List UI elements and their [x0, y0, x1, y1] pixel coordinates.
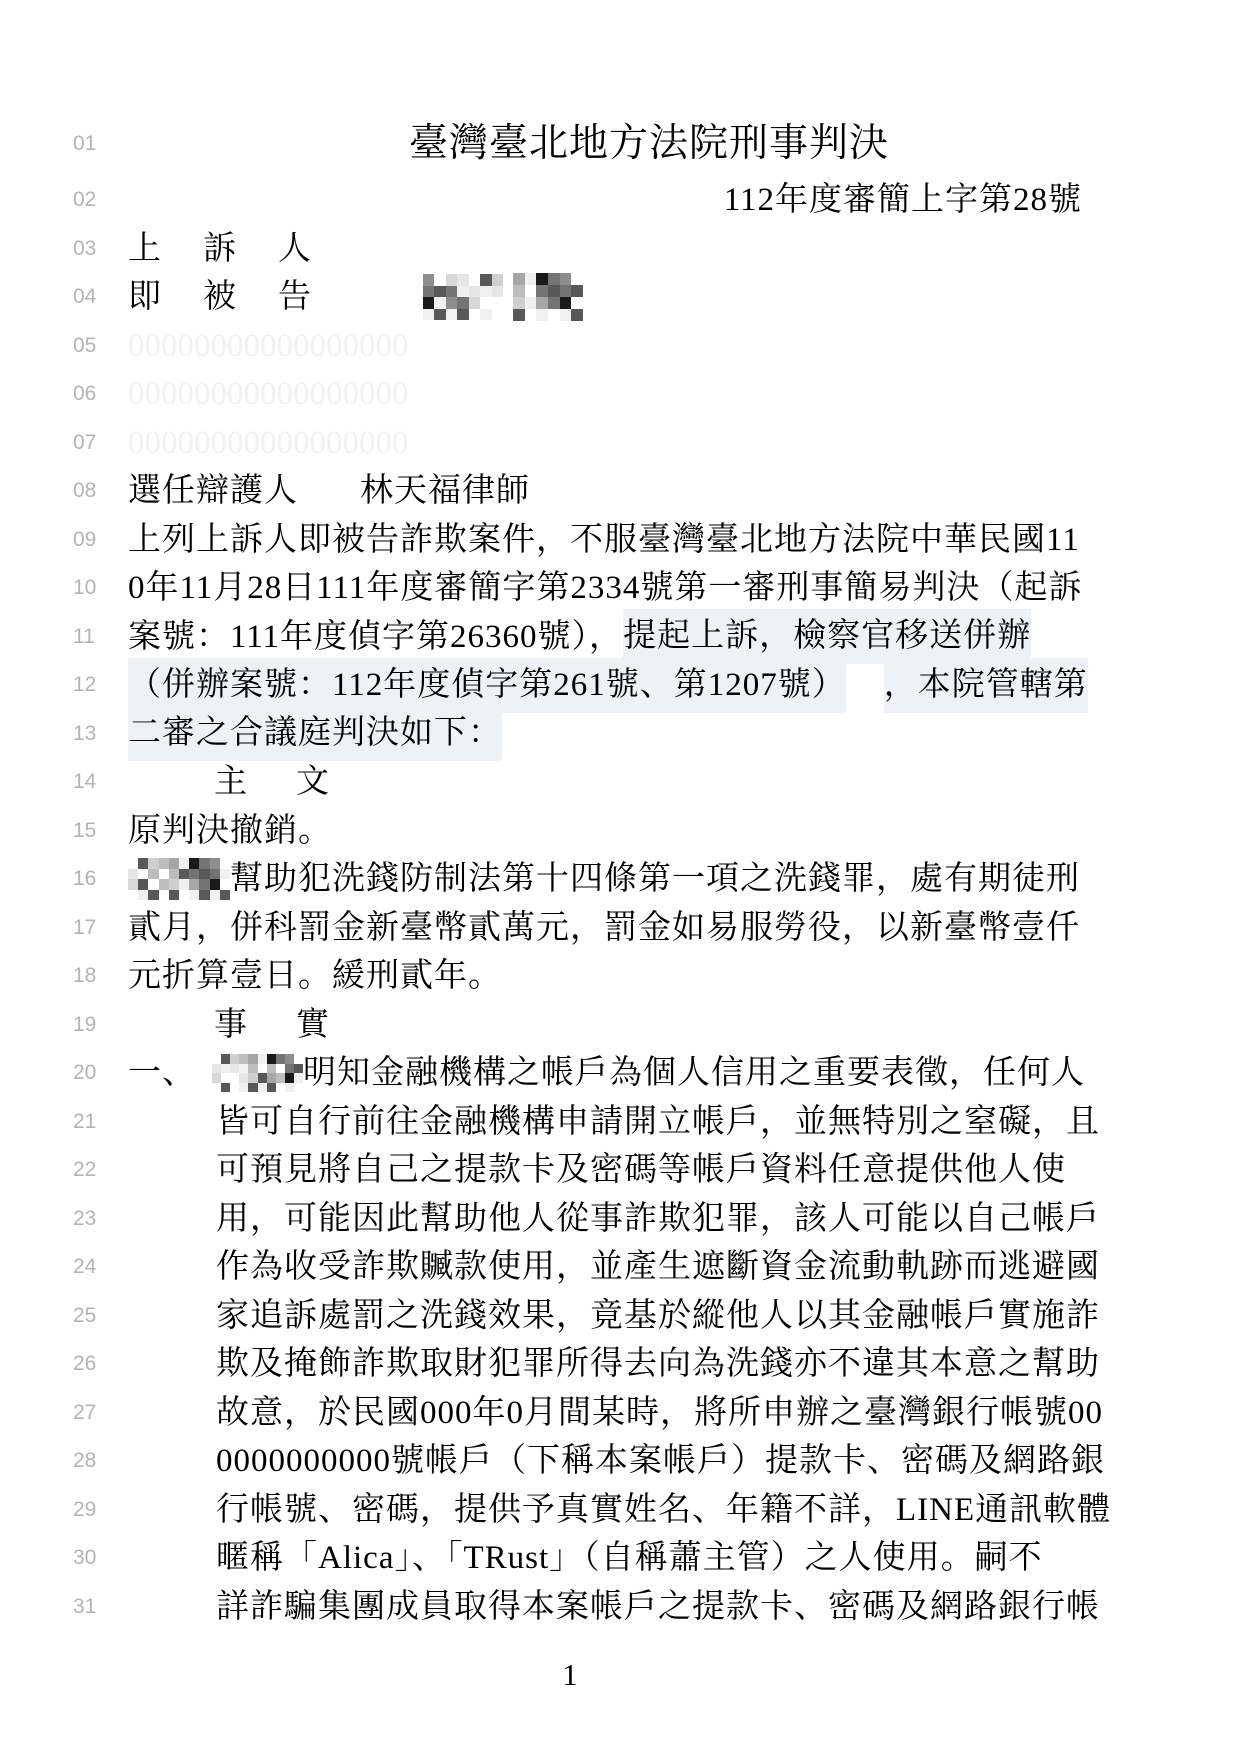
spacer: [128, 1024, 214, 1026]
line-text: 欺及掩飾詐欺取財犯罪所得去向為洗錢亦不違其本意之幫助: [128, 1342, 1082, 1386]
mosaic-cell: [446, 309, 457, 321]
document-line: 30暱稱「Alica」、「TRust」（自稱蕭主管）之人使用。嗣不: [0, 1534, 1240, 1583]
line-number: 27: [73, 1401, 128, 1425]
line-number: 15: [73, 819, 128, 843]
spacer: [128, 1266, 216, 1268]
document-line: 11案號：111年度偵字第26360號），提起上訴，檢察官移送併辦: [0, 613, 1240, 662]
spacer: [248, 781, 296, 783]
document-line: 15原判決撤銷。: [0, 807, 1240, 856]
text-segment: 臺灣臺北地方法院刑事判決: [409, 122, 889, 166]
spacer: [128, 1509, 216, 1511]
line-number: 11: [73, 625, 128, 649]
mosaic-cell: [294, 1064, 303, 1074]
mosaic-cell: [248, 1083, 257, 1093]
mosaic-cell: [525, 309, 537, 321]
line-number: 03: [73, 237, 128, 261]
text-segment: 主: [214, 760, 248, 804]
mosaic-cell: [571, 309, 583, 321]
mosaic-cell: [571, 285, 583, 297]
mosaic-cell: [548, 309, 560, 321]
highlighted-text: 二審之合議庭判決如下：: [128, 706, 502, 761]
document-line: 23用，可能因此幫助他人從事詐欺犯罪，該人可能以自己帳戶: [0, 1195, 1240, 1244]
line-text: 家追訴處罰之洗錢效果，竟基於縱他人以其金融帳戶實施詐: [128, 1294, 1082, 1338]
text-segment: 行帳號、密碼，提供予真實姓名、年籍不詳，LINE通訊軟體: [216, 1488, 1111, 1532]
mosaic-cell: [258, 1054, 267, 1064]
line-number: 21: [73, 1110, 128, 1134]
mosaic-cell: [128, 879, 138, 890]
mosaic-cell: [189, 879, 199, 890]
line-text: 上列上訴人即被告詐欺案件，不服臺灣臺北地方法院中華民國11: [128, 518, 1082, 562]
line-number: 13: [73, 722, 128, 746]
mosaic-cell: [138, 869, 148, 880]
spacer: [128, 1315, 216, 1317]
mosaic-cell: [258, 1083, 267, 1093]
mosaic-cell: [199, 879, 209, 890]
mosaic-cell: [138, 890, 148, 901]
mosaic-cell: [492, 274, 503, 286]
line-text: 暱稱「Alica」、「TRust」（自稱蕭主管）之人使用。嗣不: [128, 1536, 1082, 1580]
line-text: （併辦案號：112年度偵字第261號、第1207號），本院管轄第: [128, 658, 1082, 713]
text-segment: 用，可能因此幫助他人從事詐欺犯罪，該人可能以自己帳戶: [216, 1197, 1100, 1241]
document-line: 0600000000000000000: [0, 370, 1240, 419]
text-segment: 欺及掩飾詐欺取財犯罪所得去向為洗錢亦不違其本意之幫助: [216, 1342, 1100, 1386]
court-judgment-page: 01臺灣臺北地方法院刑事判決02112年度審簡上字第28號03上訴人04即被告0…: [0, 0, 1240, 1755]
mosaic-cell: [199, 858, 209, 869]
document-body: 01臺灣臺北地方法院刑事判決02112年度審簡上字第28號03上訴人04即被告0…: [0, 112, 1240, 1631]
line-number: 18: [73, 964, 128, 988]
document-line: 24作為收受詐欺贓款使用，並產生遮斷資金流動軌跡而逃避國: [0, 1243, 1240, 1292]
text-segment: 0年11月28日111年度審簡字第2334號第一審刑事簡易判決（起訴: [128, 566, 1082, 610]
mosaic-cell: [189, 869, 199, 880]
spacer: [128, 1121, 216, 1123]
mosaic-cell: [492, 309, 503, 321]
mosaic-cell: [548, 285, 560, 297]
mosaic-cell: [230, 1083, 239, 1093]
mosaic-cell: [469, 309, 480, 321]
mosaic-cell: [285, 1064, 294, 1074]
mosaic-cell: [480, 286, 491, 298]
mosaic-cell: [536, 297, 548, 309]
spacer: [248, 1024, 296, 1026]
text-segment: 112年度審簡上字第28號: [724, 178, 1082, 222]
document-line: 09上列上訴人即被告詐欺案件，不服臺灣臺北地方法院中華民國11: [0, 516, 1240, 565]
redacted-text-mosaic: [212, 1054, 303, 1092]
document-line: 27故意，於民國000年0月間某時，將所申辦之臺灣銀行帳號00: [0, 1389, 1240, 1438]
text-segment: 故意，於民國000年0月間某時，將所申辦之臺灣銀行帳號00: [216, 1391, 1103, 1435]
mosaic-cell: [513, 273, 525, 285]
page-number: 1: [562, 1657, 578, 1692]
document-line: 12（併辦案號：112年度偵字第261號、第1207號），本院管轄第: [0, 661, 1240, 710]
faint-placeholder-text: 00000000000000000: [128, 324, 409, 368]
mosaic-cell: [423, 309, 434, 321]
text-segment: 選任辯護人: [128, 469, 298, 513]
text-segment: 事: [214, 1003, 248, 1047]
line-text: 00000000000000000: [128, 372, 1082, 416]
redacted-text-mosaic: [128, 858, 230, 900]
mosaic-cell: [159, 890, 169, 901]
line-number: 26: [73, 1352, 128, 1376]
mosaic-cell: [536, 309, 548, 321]
mosaic-cell: [294, 1054, 303, 1064]
text-segment: 林天福律師: [360, 469, 530, 513]
line-number: 05: [73, 334, 128, 358]
mosaic-cell: [267, 1054, 276, 1064]
line-text: 原判決撤銷。: [128, 809, 1082, 853]
document-line: 21皆可自行前往金融機構申請開立帳戶，並無特別之窒礙，且: [0, 1098, 1240, 1147]
line-text: 貳月，併科罰金新臺幣貳萬元，罰金如易服勞役，以新臺幣壹仟: [128, 906, 1082, 950]
line-number: 22: [73, 1158, 128, 1182]
mosaic-cell: [480, 274, 491, 286]
spacer: [196, 1072, 212, 1074]
line-text: 皆可自行前往金融機構申請開立帳戶，並無特別之窒礙，且: [128, 1100, 1082, 1144]
line-number: 17: [73, 916, 128, 940]
line-text: 112年度審簡上字第28號: [128, 178, 1082, 222]
text-segment: 文: [296, 760, 330, 804]
text-segment: 暱稱「Alica」、「TRust」（自稱蕭主管）之人使用。嗣不: [216, 1536, 1043, 1580]
mosaic-cell: [169, 869, 179, 880]
spacer: [128, 1460, 216, 1462]
mosaic-cell: [169, 890, 179, 901]
text-segment: 即被告: [128, 275, 353, 319]
mosaic-cell: [210, 890, 220, 901]
mosaic-cell: [513, 297, 525, 309]
document-line: 100年11月28日111年度審簡字第2334號第一審刑事簡易判決（起訴: [0, 564, 1240, 613]
mosaic-cell: [221, 1064, 230, 1074]
line-text: 二審之合議庭判決如下：: [128, 706, 1082, 761]
document-line: 29行帳號、密碼，提供予真實姓名、年籍不詳，LINE通訊軟體: [0, 1486, 1240, 1535]
mosaic-cell: [536, 285, 548, 297]
mosaic-cell: [446, 274, 457, 286]
line-number: 24: [73, 1255, 128, 1279]
mosaic-cell: [128, 858, 138, 869]
line-text: 00000000000000000: [128, 421, 1082, 465]
line-text: 故意，於民國000年0月間某時，將所申辦之臺灣銀行帳號00: [128, 1391, 1082, 1435]
mosaic-cell: [434, 286, 445, 298]
spacer: [128, 1606, 216, 1608]
line-text: 詳詐騙集團成員取得本案帳戶之提款卡、密碼及網路銀行帳: [128, 1585, 1082, 1629]
mosaic-cell: [230, 1064, 239, 1074]
text-segment: 詳詐騙集團成員取得本案帳戶之提款卡、密碼及網路銀行帳: [216, 1585, 1100, 1629]
mosaic-cell: [423, 286, 434, 298]
mosaic-cell: [221, 1054, 230, 1064]
mosaic-cell: [199, 890, 209, 901]
line-number: 14: [73, 770, 128, 794]
page-footer: 1: [93, 1657, 1047, 1693]
text-segment: 一、: [128, 1051, 196, 1095]
mosaic-cell: [571, 297, 583, 309]
document-line: 16幫助犯洗錢防制法第十四條第一項之洗錢罪，處有期徒刑: [0, 855, 1240, 904]
line-text: 主文: [128, 760, 1082, 804]
line-text: 00000000000000000: [128, 324, 1082, 368]
spacer: [128, 1218, 216, 1220]
document-line: 14主文: [0, 758, 1240, 807]
spacer: [128, 1412, 216, 1414]
mosaic-cell: [285, 1054, 294, 1064]
mosaic-cell: [148, 879, 158, 890]
document-line: 26欺及掩飾詐欺取財犯罪所得去向為洗錢亦不違其本意之幫助: [0, 1340, 1240, 1389]
line-number: 28: [73, 1449, 128, 1473]
mosaic-cell: [560, 273, 572, 285]
mosaic-cell: [513, 285, 525, 297]
line-number: 12: [73, 673, 128, 697]
mosaic-cell: [457, 309, 468, 321]
document-line: 280000000000號帳戶（下稱本案帳戶）提款卡、密碼及網路銀: [0, 1437, 1240, 1486]
mosaic-cell: [239, 1073, 248, 1083]
line-number: 08: [73, 479, 128, 503]
mosaic-cell: [536, 273, 548, 285]
document-line: 04即被告: [0, 273, 1240, 322]
line-text: 幫助犯洗錢防制法第十四條第一項之洗錢罪，處有期徒刑: [128, 857, 1082, 901]
mosaic-cell: [457, 297, 468, 309]
mosaic-cell: [220, 858, 230, 869]
mosaic-cell: [513, 309, 525, 321]
mosaic-cell: [230, 1054, 239, 1064]
document-line: 31詳詐騙集團成員取得本案帳戶之提款卡、密碼及網路銀行帳: [0, 1583, 1240, 1632]
mosaic-cell: [199, 869, 209, 880]
mosaic-cell: [239, 1083, 248, 1093]
mosaic-cell: [294, 1073, 303, 1083]
mosaic-cell: [189, 890, 199, 901]
mosaic-cell: [492, 297, 503, 309]
mosaic-cell: [159, 869, 169, 880]
mosaic-cell: [480, 309, 491, 321]
document-line: 19事實: [0, 1001, 1240, 1050]
line-number: 30: [73, 1546, 128, 1570]
document-line: 18元折算壹日。緩刑貳年。: [0, 952, 1240, 1001]
mosaic-cell: [276, 1054, 285, 1064]
spacer: [298, 490, 360, 492]
faint-placeholder-text: 00000000000000000: [128, 372, 409, 416]
mosaic-cell: [423, 297, 434, 309]
mosaic-cell: [159, 858, 169, 869]
text-segment: 明知金融機構之帳戶為個人信用之重要表徵，任何人: [303, 1051, 1085, 1095]
redacted-text-mosaic: [513, 273, 583, 321]
line-number: 09: [73, 528, 128, 552]
mosaic-cell: [434, 309, 445, 321]
line-text: 行帳號、密碼，提供予真實姓名、年籍不詳，LINE通訊軟體: [128, 1488, 1082, 1532]
document-line: 20一、明知金融機構之帳戶為個人信用之重要表徵，任何人: [0, 1049, 1240, 1098]
text-segment: 原判決撤銷。: [128, 809, 332, 853]
mosaic-cell: [285, 1073, 294, 1083]
faint-placeholder-text: 00000000000000000: [128, 421, 409, 465]
document-line: 08選任辯護人林天福律師: [0, 467, 1240, 516]
mosaic-cell: [469, 274, 480, 286]
mosaic-cell: [560, 285, 572, 297]
line-number: 04: [73, 285, 128, 309]
document-line: 0700000000000000000: [0, 419, 1240, 468]
line-text: 案號：111年度偵字第26360號），提起上訴，檢察官移送併辦: [128, 609, 1082, 664]
mosaic-cell: [148, 858, 158, 869]
mosaic-cell: [169, 879, 179, 890]
line-text: 臺灣臺北地方法院刑事判決: [128, 122, 1126, 166]
document-line: 13二審之合議庭判決如下：: [0, 710, 1240, 759]
line-text: 選任辯護人林天福律師: [128, 469, 1082, 513]
text-segment: 0000000000號帳戶（下稱本案帳戶）提款卡、密碼及網路銀: [216, 1439, 1105, 1483]
mosaic-cell: [423, 274, 434, 286]
mosaic-cell: [525, 285, 537, 297]
mosaic-cell: [210, 879, 220, 890]
mosaic-cell: [276, 1083, 285, 1093]
mosaic-cell: [128, 869, 138, 880]
mosaic-cell: [248, 1073, 257, 1083]
mosaic-cell: [560, 309, 572, 321]
mosaic-cell: [239, 1054, 248, 1064]
spacer: [128, 781, 214, 783]
line-number: 06: [73, 382, 128, 406]
mosaic-cell: [258, 1073, 267, 1083]
spacer: [353, 296, 423, 298]
mosaic-cell: [212, 1083, 221, 1093]
line-number: 23: [73, 1207, 128, 1231]
mosaic-cell: [276, 1064, 285, 1074]
document-line: 03上訴人: [0, 225, 1240, 274]
line-number: 20: [73, 1061, 128, 1085]
spacer: [128, 1557, 216, 1559]
document-line: 02112年度審簡上字第28號: [0, 176, 1240, 225]
line-text: 上訴人: [128, 227, 1082, 271]
mosaic-cell: [212, 1064, 221, 1074]
mosaic-cell: [169, 858, 179, 869]
mosaic-cell: [210, 869, 220, 880]
mosaic-cell: [446, 297, 457, 309]
document-line: 0500000000000000000: [0, 322, 1240, 371]
mosaic-cell: [434, 297, 445, 309]
mosaic-cell: [548, 297, 560, 309]
document-line: 25家追訴處罰之洗錢效果，竟基於縱他人以其金融帳戶實施詐: [0, 1292, 1240, 1341]
mosaic-cell: [469, 297, 480, 309]
mosaic-cell: [189, 858, 199, 869]
mosaic-cell: [294, 1083, 303, 1093]
line-text: 可預見將自己之提款卡及密碼等帳戶資料任意提供他人使: [128, 1148, 1082, 1192]
line-text: 即被告: [128, 273, 1082, 321]
text-segment: 實: [296, 1003, 330, 1047]
mosaic-cell: [480, 297, 491, 309]
mosaic-cell: [159, 879, 169, 890]
mosaic-cell: [220, 869, 230, 880]
highlighted-text: （併辦案號：112年度偵字第261號、第1207號）: [128, 658, 846, 713]
text-segment: 可預見將自己之提款卡及密碼等帳戶資料任意提供他人使: [216, 1148, 1066, 1192]
mosaic-cell: [248, 1054, 257, 1064]
mosaic-cell: [138, 858, 148, 869]
text-segment: 案號：111年度偵字第26360號），: [128, 615, 623, 659]
line-text: 一、明知金融機構之帳戶為個人信用之重要表徵，任何人: [128, 1051, 1082, 1095]
line-text: 0000000000號帳戶（下稱本案帳戶）提款卡、密碼及網路銀: [128, 1439, 1082, 1483]
spacer: [846, 684, 884, 686]
text-segment: 作為收受詐欺贓款使用，並產生遮斷資金流動軌跡而逃避國: [216, 1245, 1100, 1289]
document-line: 17貳月，併科罰金新臺幣貳萬元，罰金如易服勞役，以新臺幣壹仟: [0, 904, 1240, 953]
line-number: 19: [73, 1013, 128, 1037]
mosaic-cell: [148, 869, 158, 880]
text-segment: 貳月，併科罰金新臺幣貳萬元，罰金如易服勞役，以新臺幣壹仟: [128, 906, 1080, 950]
mosaic-cell: [525, 297, 537, 309]
text-segment: 幫助犯洗錢防制法第十四條第一項之洗錢罪，處有期徒刑: [230, 857, 1080, 901]
mosaic-cell: [179, 858, 189, 869]
line-number: 01: [73, 132, 128, 156]
mosaic-cell: [469, 286, 480, 298]
line-number: 07: [73, 431, 128, 455]
mosaic-cell: [258, 1064, 267, 1074]
document-line: 01臺灣臺北地方法院刑事判決: [0, 112, 1240, 176]
mosaic-cell: [128, 890, 138, 901]
spacer: [128, 1169, 216, 1171]
line-number: 02: [73, 188, 128, 212]
mosaic-cell: [457, 274, 468, 286]
line-text: 元折算壹日。緩刑貳年。: [128, 954, 1082, 998]
text-segment: 皆可自行前往金融機構申請開立帳戶，並無特別之窒礙，且: [216, 1100, 1100, 1144]
text-segment: 元折算壹日。緩刑貳年。: [128, 954, 502, 998]
mosaic-cell: [548, 273, 560, 285]
mosaic-cell: [457, 286, 468, 298]
mosaic-cell: [276, 1073, 285, 1083]
spacer: [503, 296, 513, 298]
mosaic-cell: [220, 879, 230, 890]
line-text: 事實: [128, 1003, 1082, 1047]
mosaic-cell: [220, 890, 230, 901]
mosaic-cell: [239, 1064, 248, 1074]
line-number: 25: [73, 1304, 128, 1328]
highlighted-text: ，本院管轄第: [884, 658, 1088, 713]
mosaic-cell: [212, 1054, 221, 1064]
mosaic-cell: [434, 274, 445, 286]
mosaic-cell: [560, 297, 572, 309]
mosaic-cell: [267, 1083, 276, 1093]
text-segment: 家追訴處罰之洗錢效果，竟基於縱他人以其金融帳戶實施詐: [216, 1294, 1100, 1338]
redacted-text-mosaic: [423, 274, 503, 320]
text-segment: 上訴人: [128, 227, 353, 271]
spacer: [128, 1363, 216, 1365]
mosaic-cell: [230, 1073, 239, 1083]
line-text: 用，可能因此幫助他人從事詐欺犯罪，該人可能以自己帳戶: [128, 1197, 1082, 1241]
highlighted-text: 提起上訴，檢察官移送併辦: [623, 609, 1031, 664]
mosaic-cell: [285, 1083, 294, 1093]
mosaic-cell: [248, 1064, 257, 1074]
mosaic-cell: [210, 858, 220, 869]
mosaic-cell: [525, 273, 537, 285]
line-number: 16: [73, 867, 128, 891]
line-text: 0年11月28日111年度審簡字第2334號第一審刑事簡易判決（起訴: [128, 566, 1082, 610]
line-number: 10: [73, 576, 128, 600]
mosaic-cell: [221, 1073, 230, 1083]
line-number: 29: [73, 1498, 128, 1522]
mosaic-cell: [267, 1064, 276, 1074]
mosaic-cell: [267, 1073, 276, 1083]
mosaic-cell: [492, 286, 503, 298]
mosaic-cell: [179, 869, 189, 880]
text-segment: 上列上訴人即被告詐欺案件，不服臺灣臺北地方法院中華民國11: [128, 518, 1080, 562]
line-text: 作為收受詐欺贓款使用，並產生遮斷資金流動軌跡而逃避國: [128, 1245, 1082, 1289]
mosaic-cell: [221, 1083, 230, 1093]
mosaic-cell: [446, 286, 457, 298]
mosaic-cell: [179, 890, 189, 901]
line-number: 31: [73, 1595, 128, 1619]
mosaic-cell: [138, 879, 148, 890]
document-line: 22可預見將自己之提款卡及密碼等帳戶資料任意提供他人使: [0, 1146, 1240, 1195]
mosaic-cell: [179, 879, 189, 890]
mosaic-cell: [148, 890, 158, 901]
mosaic-cell: [571, 273, 583, 285]
mosaic-cell: [212, 1073, 221, 1083]
